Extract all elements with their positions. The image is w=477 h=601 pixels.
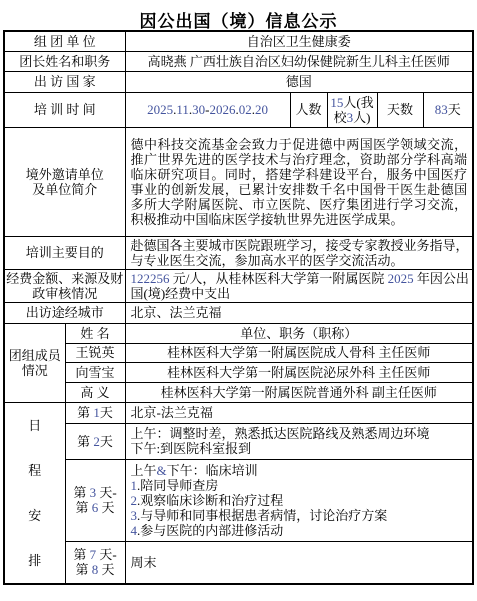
- schedule-day: 第 1天: [65, 402, 125, 423]
- member-unit-header: 单位、职务（职称）: [125, 323, 473, 343]
- schedule-day: 第 3 天- 第 6 天: [65, 459, 125, 541]
- via-cities-label: 出访途经城市: [4, 302, 125, 323]
- member-name: 向雪宝: [65, 362, 125, 382]
- schedule-content: 上午&下午：临床培训 1.陪同导师查房 2.观察临床诊断和治疗过程 3.与导师和…: [125, 459, 473, 541]
- leader-value: 高晓燕 广西壮族自治区妇幼保健院新生儿科主任医师: [125, 51, 473, 71]
- row-country: 出 访 国 家 德国: [4, 71, 473, 92]
- row-funding: 经费金额、来源及财政审核情况 122256 元/人，从桂林医科大学第一附属医院 …: [4, 269, 473, 302]
- row-leader: 团长姓名和职务 高晓燕 广西壮族自治区妇幼保健院新生儿科主任医师: [4, 51, 473, 71]
- schedule-content: 北京-法兰克福: [125, 402, 473, 423]
- schedule-vertical-label: 日程安排: [5, 403, 65, 583]
- purpose-value: 赴德国各主要城市医院跟班学习，接受专家教授业务指导，与专业医生交流，参加高水平的…: [125, 236, 473, 269]
- member-name: 高 义: [65, 382, 125, 402]
- member-unit: 桂林医科大学第一附属医院泌尿外科 主任医师: [125, 362, 473, 382]
- schedule-row: 第 2天 上午：调整时差，熟悉抵达医院路线及熟悉周边环境 下午:到医院科室报到: [4, 423, 473, 459]
- public-notice-table: 组 团 单 位 自治区卫生健康委 团长姓名和职务 高晓燕 广西壮族自治区妇幼保健…: [3, 30, 474, 585]
- purpose-label: 培训主要目的: [4, 236, 125, 269]
- member-row: 高 义 桂林医科大学第一附属医院普通外科 副主任医师: [4, 382, 473, 402]
- schedule-day: 第 2天: [65, 423, 125, 459]
- page-title: 因公出国（境）信息公示: [0, 0, 477, 30]
- members-section-label: 团组成员情况: [4, 323, 65, 402]
- group-unit-value: 自治区卫生健康委: [125, 31, 473, 51]
- schedule-day: 第 7 天- 第 8 天: [65, 541, 125, 584]
- schedule-row: 第 3 天- 第 6 天 上午&下午：临床培训 1.陪同导师查房 2.观察临床诊…: [4, 459, 473, 541]
- member-name: 王锐英: [65, 343, 125, 362]
- group-unit-label: 组 团 单 位: [4, 31, 125, 51]
- member-unit: 桂林医科大学第一附属医院普通外科 副主任医师: [125, 382, 473, 402]
- country-label: 出 访 国 家: [4, 71, 125, 92]
- schedule-section-label: 日程安排: [4, 402, 65, 584]
- leader-label: 团长姓名和职务: [4, 51, 125, 71]
- row-inviter: 境外邀请单位 及单位简介 德中科技交流基金会致力于促进德中两国医学领域交流，推广…: [4, 127, 473, 236]
- member-unit: 桂林医科大学第一附属医院成人骨科 主任医师: [125, 343, 473, 362]
- funding-label: 经费金额、来源及财政审核情况: [4, 269, 125, 302]
- days-count-value: 83天: [423, 92, 473, 127]
- row-group-unit: 组 团 单 位 自治区卫生健康委: [4, 31, 473, 51]
- country-value: 德国: [125, 71, 473, 92]
- inviter-description: 德中科技交流基金会致力于促进德中两国医学领域交流，推广世界先进的医学技术与治疗理…: [125, 127, 473, 236]
- funding-value: 122256 元/人，从桂林医科大学第一附属医院 2025 年因公出国(境)经费…: [125, 269, 473, 302]
- people-count-value: 15人(我校3人): [327, 92, 377, 127]
- member-name-header: 姓 名: [65, 323, 125, 343]
- days-count-label: 天数: [377, 92, 423, 127]
- row-purpose: 培训主要目的 赴德国各主要城市医院跟班学习，接受专家教授业务指导，与专业医生交流…: [4, 236, 473, 269]
- via-cities-value: 北京、法兰克福: [125, 302, 473, 323]
- training-time-value: 2025.11.30-2026.02.20: [125, 92, 290, 127]
- training-time-label: 培 训 时 间: [4, 92, 125, 127]
- schedule-content: 周末: [125, 541, 473, 584]
- member-row: 向雪宝 桂林医科大学第一附属医院泌尿外科 主任医师: [4, 362, 473, 382]
- people-count-label: 人数: [290, 92, 327, 127]
- schedule-row: 第 7 天- 第 8 天 周末: [4, 541, 473, 584]
- row-training-time: 培 训 时 间 2025.11.30-2026.02.20 人数 15人(我校3…: [4, 92, 473, 127]
- inviter-label: 境外邀请单位 及单位简介: [4, 127, 125, 236]
- schedule-row: 日程安排 第 1天 北京-法兰克福: [4, 402, 473, 423]
- row-members-header: 团组成员情况 姓 名 单位、职务（职称）: [4, 323, 473, 343]
- schedule-content: 上午：调整时差，熟悉抵达医院路线及熟悉周边环境 下午:到医院科室报到: [125, 423, 473, 459]
- member-row: 王锐英 桂林医科大学第一附属医院成人骨科 主任医师: [4, 343, 473, 362]
- row-via-cities: 出访途经城市 北京、法兰克福: [4, 302, 473, 323]
